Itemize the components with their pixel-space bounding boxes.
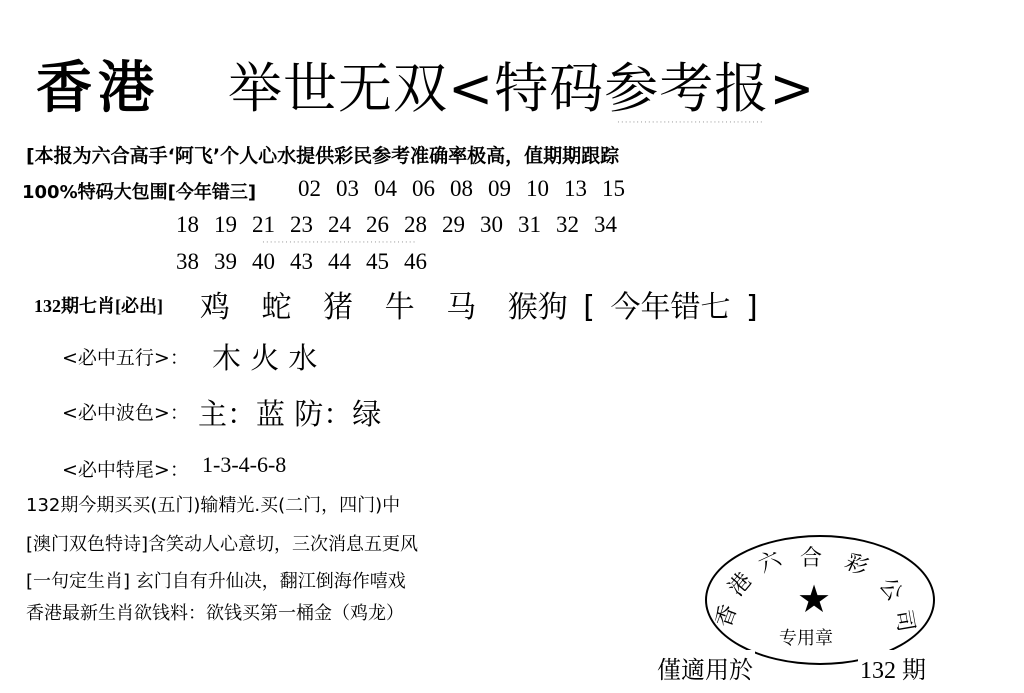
zodiac-animal: 马 [446, 290, 476, 325]
zodiac-label: 132期七肖[必出] [34, 292, 163, 318]
number: 39 [214, 249, 252, 275]
zodiac-note: [ 今年错七 ] [583, 290, 757, 325]
text-line: 香港最新生肖欲钱料：欲钱买第一桶金（鸡龙） [26, 599, 404, 625]
headline-title: 举世无双<特码参考报> [228, 46, 816, 123]
prediction-value-color: 主：蓝 防：绿 [198, 392, 381, 433]
zodiac-animal: 鸡 [200, 290, 230, 325]
number: 21 [252, 212, 290, 238]
number: 26 [366, 212, 404, 238]
number: 34 [594, 212, 632, 238]
faint-watermark-strip: ······································ [617, 118, 892, 128]
number: 03 [336, 176, 374, 202]
number: 29 [442, 212, 480, 238]
faint-watermark-strip: ········································ [262, 238, 592, 248]
prediction-value-tail: 1-3-4-6-8 [202, 452, 286, 478]
zodiac-animal: 猴狗 [508, 290, 568, 325]
number: 02 [298, 176, 336, 202]
number: 40 [252, 249, 290, 275]
number: 19 [214, 212, 252, 238]
zodiac-animal: 猪 [323, 290, 353, 325]
number: 15 [602, 176, 640, 202]
applicable-label: 僅適用於 [655, 650, 755, 685]
number: 31 [518, 212, 556, 238]
number: 08 [450, 176, 488, 202]
special-numbers-label: 100%特码大包围[今年错三] [22, 178, 256, 204]
stamp-char: 合 [800, 541, 822, 572]
prediction-value-elements: 木 火 水 [212, 336, 317, 377]
star-icon: ★ [797, 580, 831, 618]
number-row-2: 18 19 21 23 24 26 28 29 30 31 32 34 [176, 212, 632, 238]
number: 44 [328, 249, 366, 275]
number: 04 [374, 176, 412, 202]
number: 10 [526, 176, 564, 202]
number-row-3: 38 39 40 43 44 45 46 [176, 249, 442, 275]
zodiac-animal: 牛 [385, 290, 415, 325]
number: 46 [404, 249, 442, 275]
brand-title: 香港 [36, 44, 160, 124]
stamp-subtext: 专用章 [779, 624, 833, 650]
number: 32 [556, 212, 594, 238]
number: 43 [290, 249, 328, 275]
zodiac-animal: 蛇 [262, 290, 292, 325]
issue-number: 132 期 [858, 650, 928, 685]
text-line: [一句定生肖] 玄门自有升仙决，翻江倒海作嘻戏 [26, 567, 406, 593]
number: 09 [488, 176, 526, 202]
text-line: 132期今期买买(五门)输精光.买(二门，四门)中 [26, 491, 400, 517]
prediction-label-tail: <必中特尾>： [62, 455, 189, 482]
number: 45 [366, 249, 404, 275]
number: 38 [176, 249, 214, 275]
number-row-1: 02 03 04 06 08 09 10 13 15 [298, 176, 640, 202]
prediction-label-color: <必中波色>： [62, 398, 189, 425]
prediction-label-elements: <必中五行>： [62, 343, 189, 370]
number: 23 [290, 212, 328, 238]
number: 24 [328, 212, 366, 238]
intro-text: [本报为六合高手‘阿飞’个人心水提供彩民参考准确率极高，值期期跟踪 [26, 141, 619, 168]
zodiac-picks: 鸡 蛇 猪 牛 马 猴狗 [ 今年错七 ] [200, 282, 758, 326]
number: 06 [412, 176, 450, 202]
number: 13 [564, 176, 602, 202]
number: 18 [176, 212, 214, 238]
number: 28 [404, 212, 442, 238]
text-line: [澳门双色特诗]含笑动人心意切，三次消息五更风 [26, 530, 418, 556]
number: 30 [480, 212, 518, 238]
